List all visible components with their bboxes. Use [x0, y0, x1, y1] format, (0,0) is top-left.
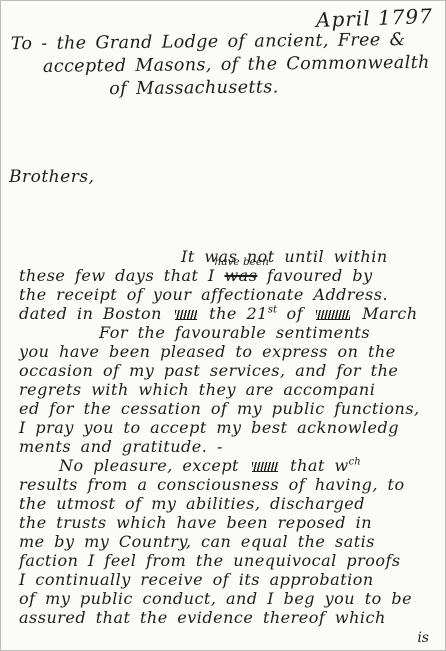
text-run: the utmost of my abilities, discharged — [19, 494, 365, 513]
manuscript-line: faction I feel from the unequivocal proo… — [19, 551, 441, 570]
superscript: st — [268, 305, 277, 316]
scribbled-word — [252, 462, 278, 472]
manuscript-line: I continually receive of its approbation — [19, 570, 441, 589]
manuscript-line: the utmost of my abilities, discharged — [19, 494, 441, 513]
text-run: that w — [281, 456, 349, 475]
text-run: of — [277, 304, 313, 323]
text-run: favoured by — [257, 266, 372, 285]
manuscript-line: dated in Boston the 21st of March — [19, 304, 441, 323]
text-run: It was not until within — [181, 247, 388, 266]
manuscript-line: ed for the cessation of my public functi… — [19, 399, 441, 418]
manuscript-line: of my public conduct, and I beg you to b… — [19, 589, 441, 608]
catchword: is — [417, 630, 429, 646]
text-run: I continually receive of its approbation — [19, 570, 374, 589]
manuscript-line: regrets with which they are accompani — [19, 380, 441, 399]
text-run: I pray you to accept my best acknowledg — [19, 418, 399, 437]
scribbled-word — [316, 310, 350, 320]
manuscript-line: ments and gratitude. - — [19, 437, 441, 456]
text-run: me by my Country, can equal the satis — [19, 532, 375, 551]
text-run: the trusts which have been reposed in — [19, 513, 372, 532]
scribbled-word — [175, 310, 197, 320]
superscript: ch — [349, 457, 361, 468]
text-run: you have been pleased to express on the — [19, 342, 396, 361]
text-run: assured that the evidence thereof which — [19, 608, 386, 627]
manuscript-line: No pleasure, except that wch — [59, 456, 441, 475]
manuscript-line: For the favourable sentiments — [99, 323, 441, 342]
address-line: accepted Masons, of the Commonwealth — [43, 52, 430, 79]
text-run: March — [353, 304, 418, 323]
text-run: results from a consciousness of having, … — [19, 475, 405, 494]
address-block: To - the Grand Lodge of ancient, Free &a… — [11, 29, 430, 102]
manuscript-line: these few days that I washave been favou… — [19, 266, 441, 285]
text-run: dated in Boston — [19, 304, 172, 323]
manuscript-line: occasion of my past services, and for th… — [19, 361, 441, 380]
interlinear-insertion: have been — [214, 253, 268, 272]
text-run: regrets with which they are accompani — [19, 380, 375, 399]
text-run: these few days that I — [19, 266, 224, 285]
manuscript-page: April 1797 To - the Grand Lodge of ancie… — [0, 0, 446, 651]
manuscript-line: the trusts which have been reposed in — [19, 513, 441, 532]
text-run: of my public conduct, and I beg you to b… — [19, 589, 412, 608]
date-line: April 1797 — [316, 4, 434, 32]
manuscript-line: the receipt of your affectionate Address… — [19, 285, 441, 304]
text-run: the 21 — [200, 304, 268, 323]
manuscript-line: results from a consciousness of having, … — [19, 475, 441, 494]
text-run: faction I feel from the unequivocal proo… — [19, 551, 401, 570]
manuscript-line: assured that the evidence thereof which — [19, 608, 441, 627]
manuscript-line: me by my Country, can equal the satis — [19, 532, 441, 551]
manuscript-line: you have been pleased to express on the — [19, 342, 441, 361]
salutation: Brothers, — [9, 167, 94, 187]
letter-body: It was not until withinthese few days th… — [19, 247, 441, 627]
text-run: ments and gratitude. - — [19, 437, 223, 456]
struck-word: washave been — [224, 266, 257, 285]
manuscript-line: I pray you to accept my best acknowledg — [19, 418, 441, 437]
text-run: For the favourable sentiments — [99, 323, 370, 342]
address-line: of Massachusetts. — [109, 75, 430, 101]
text-run: No pleasure, except — [59, 456, 249, 475]
text-run: occasion of my past services, and for th… — [19, 361, 398, 380]
text-run: ed for the cessation of my public functi… — [19, 399, 420, 418]
text-run: the receipt of your affectionate Address… — [19, 285, 388, 304]
